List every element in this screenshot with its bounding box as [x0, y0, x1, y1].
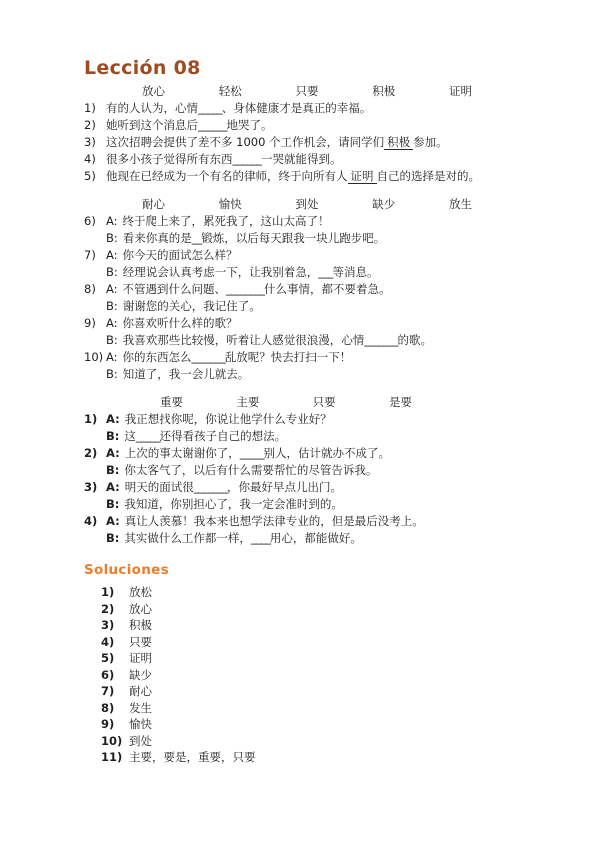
line-text: 经理说会认真考虑一下，让我别着急，___等消息。: [123, 264, 379, 281]
item-line: A:明天的面试很_______，你最好早点儿出门。: [106, 479, 565, 496]
speaker-label: A:: [106, 315, 118, 332]
speaker-label: B:: [106, 496, 119, 513]
text-segment: 的歌。: [398, 333, 433, 347]
item-line: B:经理说会认真考虑一下，让我别着急，___等消息。: [106, 264, 565, 281]
text-segment: 明天的面试很: [125, 480, 194, 494]
solutions-heading: Soluciones: [84, 561, 565, 579]
item-line: A:你的东西怎么_______乱放呢？快去打扫一下！: [106, 349, 565, 366]
speaker-label: B:: [106, 264, 118, 281]
solution-item: 10)到处: [101, 733, 565, 750]
text-segment: 看来你真的是: [123, 231, 192, 245]
solutions-list: 1)放松2)放心3)积极4)只要5)证明6)缺少7)耐心8)发生9)愉快10)到…: [101, 584, 565, 766]
item-number: 2): [84, 445, 106, 462]
solution-number: 6): [101, 667, 125, 684]
solution-number: 1): [101, 584, 125, 601]
exercise-item: 1)有的人认为，心情_____、身体健康才是真正的幸福。: [84, 100, 565, 117]
exercise-item: 7)A:你今天的面试怎么样？B:经理说会认真考虑一下，让我别着急，___等消息。: [84, 247, 565, 281]
text-segment: 这: [124, 429, 136, 443]
speaker-label: A:: [106, 411, 120, 428]
text-segment: 终于爬上来了，累死我了，这山太高了！: [123, 214, 330, 228]
line-text: 你今天的面试怎么样？: [123, 247, 238, 264]
speaker-label: B:: [106, 298, 118, 315]
item-line: A:上次的事太谢谢你了，_____别人，估计就办不成了。: [106, 445, 565, 462]
solution-number: 2): [101, 601, 125, 618]
blank-line: _______: [192, 350, 225, 364]
item-lines: 他现在已经成为一个有名的律师，终于向所有人证明自己的选择是对的。: [106, 168, 565, 185]
speaker-label: B:: [106, 332, 118, 349]
word-bank: 重要主要只要是要: [160, 394, 412, 411]
speaker-label: B:: [106, 230, 118, 247]
speaker-label: A:: [106, 349, 118, 366]
speaker-label: A:: [106, 247, 118, 264]
item-lines: 很多小孩子觉得所有东西______一哭就能得到。: [106, 151, 565, 168]
blank-line: ____: [251, 531, 270, 545]
line-text: 我正想找你呢，你说让他学什么专业好？: [125, 411, 332, 428]
item-line: B:看来你真的是__锻炼，以后每天跟我一块儿跑步吧。: [106, 230, 565, 247]
blank-line: ___: [318, 265, 332, 279]
item-number: 2): [84, 117, 106, 134]
item-number: 1): [84, 100, 106, 117]
line-text: 真让人羡慕！我本来也想学法律专业的，但是最后没考上。: [125, 513, 424, 530]
text-segment: 不管遇到什么问题、: [123, 282, 227, 296]
blank-line: ______: [198, 118, 227, 132]
solution-text: 缺少: [129, 667, 152, 684]
word-bank-word: 是要: [389, 394, 412, 411]
text-segment: 谢谢您的关心，我记住了。: [123, 299, 261, 313]
item-number: 5): [84, 168, 106, 185]
item-lines: A:我正想找你呢，你说让他学什么专业好？B:这_____还得看孩子自己的想法。: [106, 411, 565, 445]
speaker-label: B:: [106, 366, 118, 383]
item-lines: A:明天的面试很_______，你最好早点儿出门。B:我知道，你别担心了，我一定…: [106, 479, 565, 513]
exercise-item: 4)很多小孩子觉得所有东西______一哭就能得到。: [84, 151, 565, 168]
text-segment: 还得看孩子自己的想法。: [160, 429, 287, 443]
word-bank-word: 放心: [142, 83, 165, 100]
exercise-item: 2)A:上次的事太谢谢你了，_____别人，估计就办不成了。B:你太客气了，以后…: [84, 445, 565, 479]
speaker-label: A:: [106, 281, 118, 298]
word-bank-word: 证明: [449, 83, 472, 100]
text-segment: 一哭就能得到。: [261, 152, 342, 166]
text-segment: 很多小孩子觉得所有东西: [106, 152, 233, 166]
item-lines: A:真让人羡慕！我本来也想学法律专业的，但是最后没考上。B:其实做什么工作都一样…: [106, 513, 565, 547]
item-lines: A:你喜欢听什么样的歌？B:我喜欢那些比较慢，听着让人感觉很浪漫，心情_____…: [106, 315, 565, 349]
worksheet-page: Lección 08 放心轻松只要积极证明1)有的人认为，心情_____、身体健…: [0, 0, 599, 848]
text-segment: 知道了，我一会儿就去。: [123, 367, 250, 381]
exercises: 放心轻松只要积极证明1)有的人认为，心情_____、身体健康才是真正的幸福。2)…: [84, 83, 565, 547]
exercise-item: 3)A:明天的面试很_______，你最好早点儿出门。B:我知道，你别担心了，我…: [84, 479, 565, 513]
solution-number: 3): [101, 617, 125, 634]
text-segment: 她听到这个消息后: [106, 118, 198, 132]
item-lines: 有的人认为，心情_____、身体健康才是真正的幸福。: [106, 100, 565, 117]
solution-number: 11): [101, 749, 125, 766]
line-text: 谢谢您的关心，我记住了。: [123, 298, 261, 315]
line-text: 你的东西怎么_______乱放呢？快去打扫一下！: [123, 349, 352, 366]
text-segment: 经理说会认真考虑一下，让我别着急，: [123, 265, 319, 279]
text-segment: 这次招聘会提供了差不多 1000 个工作机会，请同学们: [106, 135, 384, 149]
text-segment: 地哭了。: [227, 118, 273, 132]
filled-answer: 积极: [384, 135, 413, 150]
item-line: B:我喜欢那些比较慢，听着让人感觉很浪漫，心情_______的歌。: [106, 332, 565, 349]
item-lines: A:你今天的面试怎么样？B:经理说会认真考虑一下，让我别着急，___等消息。: [106, 247, 565, 281]
line-text: 他现在已经成为一个有名的律师，终于向所有人证明自己的选择是对的。: [106, 168, 480, 185]
text-segment: 参加。: [413, 135, 448, 149]
word-bank-word: 到处: [296, 196, 319, 213]
line-text: 我知道，你别担心了，我一定会准时到的。: [124, 496, 343, 513]
line-text: 我喜欢那些比较慢，听着让人感觉很浪漫，心情_______的歌。: [123, 332, 432, 349]
line-text: 你喜欢听什么样的歌？: [123, 315, 238, 332]
text-segment: ，你最好早点儿出门。: [227, 480, 342, 494]
text-segment: 你太客气了，以后有什么需要帮忙的尽管告诉我。: [124, 463, 377, 477]
exercise-item: 8)A:不管遇到什么问题、________什么事情，都不要着急。B:谢谢您的关心…: [84, 281, 565, 315]
item-number: 8): [84, 281, 106, 298]
item-number: 6): [84, 213, 106, 230]
text-segment: 我喜欢那些比较慢，听着让人感觉很浪漫，心情: [123, 333, 365, 347]
text-segment: 你的东西怎么: [123, 350, 192, 364]
line-text: 上次的事太谢谢你了，_____别人，估计就办不成了。: [125, 445, 390, 462]
word-bank-word: 主要: [236, 394, 259, 411]
text-segment: 上次的事太谢谢你了，: [125, 446, 240, 460]
item-lines: A:终于爬上来了，累死我了，这山太高了！B:看来你真的是__锻炼，以后每天跟我一…: [106, 213, 565, 247]
text-segment: 我知道，你别担心了，我一定会准时到的。: [124, 497, 343, 511]
text-segment: 我正想找你呢，你说让他学什么专业好？: [125, 412, 332, 426]
solution-text: 耐心: [129, 683, 152, 700]
solution-item: 2)放心: [101, 601, 565, 618]
blank-line: __: [192, 231, 202, 245]
text-segment: 你今天的面试怎么样？: [123, 248, 238, 262]
item-lines: 这次招聘会提供了差不多 1000 个工作机会，请同学们积极参加。: [106, 134, 565, 151]
item-number: 10): [84, 349, 106, 366]
exercise-section: 放心轻松只要积极证明1)有的人认为，心情_____、身体健康才是真正的幸福。2)…: [84, 83, 565, 185]
item-lines: A:你的东西怎么_______乱放呢？快去打扫一下！B:知道了，我一会儿就去。: [106, 349, 565, 383]
item-line: 有的人认为，心情_____、身体健康才是真正的幸福。: [106, 100, 565, 117]
solution-text: 愉快: [129, 716, 152, 733]
item-number: 3): [84, 479, 106, 496]
solution-item: 1)放松: [101, 584, 565, 601]
speaker-label: A:: [106, 213, 118, 230]
word-bank-word: 放生: [449, 196, 472, 213]
line-text: 终于爬上来了，累死我了，这山太高了！: [123, 213, 330, 230]
item-number: 4): [84, 151, 106, 168]
worksheet-content: Lección 08 放心轻松只要积极证明1)有的人认为，心情_____、身体健…: [0, 0, 599, 766]
text-segment: 用心，都能做好。: [270, 531, 362, 545]
word-bank-word: 缺少: [372, 196, 395, 213]
word-bank: 放心轻松只要积极证明: [142, 83, 472, 100]
line-text: 她听到这个消息后______地哭了。: [106, 117, 273, 134]
solution-number: 10): [101, 733, 125, 750]
text-segment: 你喜欢听什么样的歌？: [123, 316, 238, 330]
blank-line: _____: [198, 101, 222, 115]
solution-number: 9): [101, 716, 125, 733]
item-number: 9): [84, 315, 106, 332]
line-text: 明天的面试很_______，你最好早点儿出门。: [125, 479, 342, 496]
text-segment: 乱放呢？快去打扫一下！: [225, 350, 352, 364]
blank-line: ________: [226, 282, 264, 296]
line-text: 看来你真的是__锻炼，以后每天跟我一块儿跑步吧。: [123, 230, 386, 247]
speaker-label: A:: [106, 513, 120, 530]
solution-text: 放心: [129, 601, 152, 618]
item-lines: 她听到这个消息后______地哭了。: [106, 117, 565, 134]
solution-text: 只要: [129, 634, 152, 651]
text-segment: 真让人羡慕！我本来也想学法律专业的，但是最后没考上。: [125, 514, 424, 528]
speaker-label: A:: [106, 445, 120, 462]
item-line: A:真让人羡慕！我本来也想学法律专业的，但是最后没考上。: [106, 513, 565, 530]
item-line: A:你喜欢听什么样的歌？: [106, 315, 565, 332]
solution-text: 发生: [129, 700, 152, 717]
solution-text: 放松: [129, 584, 152, 601]
item-line: A:终于爬上来了，累死我了，这山太高了！: [106, 213, 565, 230]
text-segment: 有的人认为，心情: [106, 101, 198, 115]
item-line: B:我知道，你别担心了，我一定会准时到的。: [106, 496, 565, 513]
item-line: 很多小孩子觉得所有东西______一哭就能得到。: [106, 151, 565, 168]
solution-text: 主要，要是，重要，只要: [129, 749, 256, 766]
solution-number: 7): [101, 683, 125, 700]
solution-text: 到处: [129, 733, 152, 750]
solution-item: 6)缺少: [101, 667, 565, 684]
item-lines: A:不管遇到什么问题、________什么事情，都不要着急。B:谢谢您的关心，我…: [106, 281, 565, 315]
word-bank-word: 轻松: [219, 83, 242, 100]
item-line: B:你太客气了，以后有什么需要帮忙的尽管告诉我。: [106, 462, 565, 479]
lesson-title: Lección 08: [84, 56, 565, 80]
solution-item: 7)耐心: [101, 683, 565, 700]
exercise-section: 耐心愉快到处缺少放生6)A:终于爬上来了，累死我了，这山太高了！B:看来你真的是…: [84, 196, 565, 383]
solution-item: 8)发生: [101, 700, 565, 717]
word-bank-word: 愉快: [219, 196, 242, 213]
blank-line: _____: [240, 446, 264, 460]
line-text: 这_____还得看孩子自己的想法。: [124, 428, 286, 445]
exercise-item: 5)他现在已经成为一个有名的律师，终于向所有人证明自己的选择是对的。: [84, 168, 565, 185]
speaker-label: A:: [106, 479, 120, 496]
speaker-label: B:: [106, 530, 119, 547]
line-text: 这次招聘会提供了差不多 1000 个工作机会，请同学们积极参加。: [106, 134, 448, 151]
word-bank-word: 耐心: [142, 196, 165, 213]
item-number: 1): [84, 411, 106, 428]
word-bank-word: 重要: [160, 394, 183, 411]
text-segment: 什么事情，都不要着急。: [264, 282, 391, 296]
exercise-item: 9)A:你喜欢听什么样的歌？B:我喜欢那些比较慢，听着让人感觉很浪漫，心情___…: [84, 315, 565, 349]
text-segment: 锻炼，以后每天跟我一块儿跑步吧。: [201, 231, 385, 245]
item-line: A:你今天的面试怎么样？: [106, 247, 565, 264]
exercise-section: 重要主要只要是要1)A:我正想找你呢，你说让他学什么专业好？B:这_____还得…: [84, 394, 565, 547]
item-lines: A:上次的事太谢谢你了，_____别人，估计就办不成了。B:你太客气了，以后有什…: [106, 445, 565, 479]
word-bank: 耐心愉快到处缺少放生: [142, 196, 472, 213]
solution-text: 证明: [129, 650, 152, 667]
text-segment: 他现在已经成为一个有名的律师，终于向所有人: [106, 169, 348, 183]
speaker-label: B:: [106, 462, 119, 479]
exercise-item: 2)她听到这个消息后______地哭了。: [84, 117, 565, 134]
text-segment: 、身体健康才是真正的幸福。: [222, 101, 372, 115]
solution-item: 9)愉快: [101, 716, 565, 733]
line-text: 很多小孩子觉得所有东西______一哭就能得到。: [106, 151, 342, 168]
line-text: 知道了，我一会儿就去。: [123, 366, 250, 383]
item-line: A:我正想找你呢，你说让他学什么专业好？: [106, 411, 565, 428]
item-line: B:谢谢您的关心，我记住了。: [106, 298, 565, 315]
blank-line: ______: [233, 152, 262, 166]
solution-item: 4)只要: [101, 634, 565, 651]
blank-line: _______: [194, 480, 227, 494]
item-line: B:其实做什么工作都一样，____用心，都能做好。: [106, 530, 565, 547]
solution-item: 3)积极: [101, 617, 565, 634]
exercise-item: 10)A:你的东西怎么_______乱放呢？快去打扫一下！B:知道了，我一会儿就…: [84, 349, 565, 383]
word-bank-word: 只要: [313, 394, 336, 411]
text-segment: 别人，估计就办不成了。: [263, 446, 390, 460]
line-text: 有的人认为，心情_____、身体健康才是真正的幸福。: [106, 100, 371, 117]
filled-answer: 证明: [348, 169, 377, 184]
item-line: 他现在已经成为一个有名的律师，终于向所有人证明自己的选择是对的。: [106, 168, 565, 185]
item-number: 4): [84, 513, 106, 530]
text-segment: 自己的选择是对的。: [377, 169, 481, 183]
item-number: 7): [84, 247, 106, 264]
word-bank-word: 只要: [296, 83, 319, 100]
exercise-item: 6)A:终于爬上来了，累死我了，这山太高了！B:看来你真的是__锻炼，以后每天跟…: [84, 213, 565, 247]
line-text: 其实做什么工作都一样，____用心，都能做好。: [124, 530, 362, 547]
exercise-item: 3)这次招聘会提供了差不多 1000 个工作机会，请同学们积极参加。: [84, 134, 565, 151]
solution-number: 4): [101, 634, 125, 651]
text-segment: 等消息。: [333, 265, 379, 279]
word-bank-word: 积极: [372, 83, 395, 100]
solution-item: 5)证明: [101, 650, 565, 667]
exercise-item: 4)A:真让人羡慕！我本来也想学法律专业的，但是最后没考上。B:其实做什么工作都…: [84, 513, 565, 547]
blank-line: _____: [136, 429, 160, 443]
solution-number: 5): [101, 650, 125, 667]
item-line: B:知道了，我一会儿就去。: [106, 366, 565, 383]
line-text: 不管遇到什么问题、________什么事情，都不要着急。: [123, 281, 391, 298]
item-line: A:不管遇到什么问题、________什么事情，都不要着急。: [106, 281, 565, 298]
item-number: 3): [84, 134, 106, 151]
solution-text: 积极: [129, 617, 152, 634]
blank-line: _______: [364, 333, 397, 347]
item-line: 这次招聘会提供了差不多 1000 个工作机会，请同学们积极参加。: [106, 134, 565, 151]
text-segment: 其实做什么工作都一样，: [124, 531, 251, 545]
solution-item: 11)主要，要是，重要，只要: [101, 749, 565, 766]
item-line: B:这_____还得看孩子自己的想法。: [106, 428, 565, 445]
solution-number: 8): [101, 700, 125, 717]
speaker-label: B:: [106, 428, 119, 445]
item-line: 她听到这个消息后______地哭了。: [106, 117, 565, 134]
exercise-item: 1)A:我正想找你呢，你说让他学什么专业好？B:这_____还得看孩子自己的想法…: [84, 411, 565, 445]
line-text: 你太客气了，以后有什么需要帮忙的尽管告诉我。: [124, 462, 377, 479]
